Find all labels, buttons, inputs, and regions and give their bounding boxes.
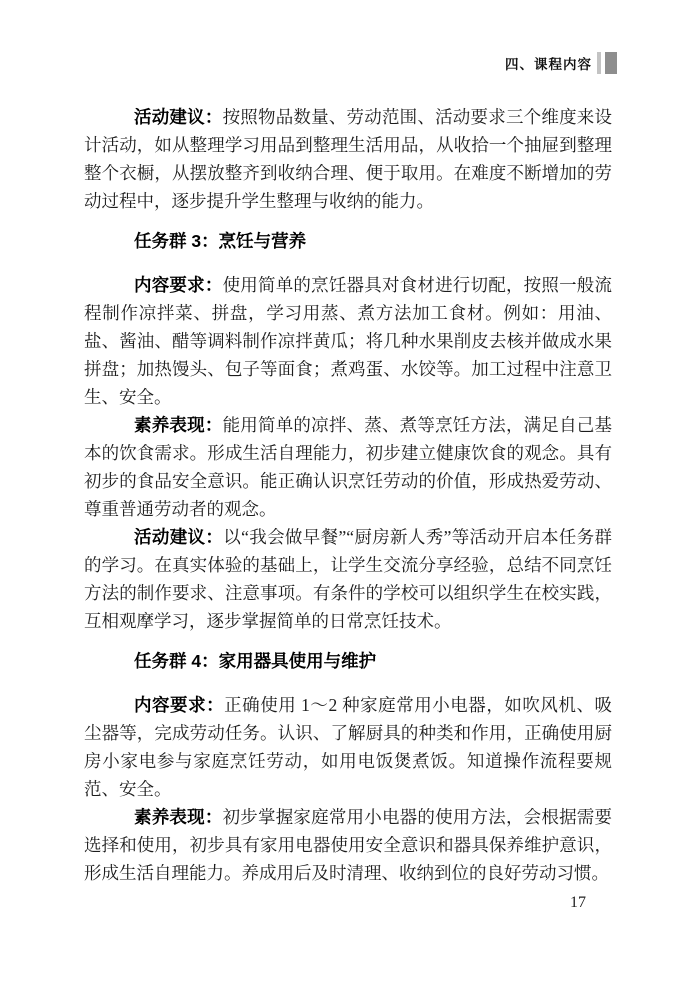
paragraph-label: 活动建议：	[134, 107, 223, 127]
page-body: 活动建议：按照物品数量、劳动范围、活动要求三个维度来设计活动，如从整理学习用品到…	[84, 103, 612, 887]
document-page: 四、课程内容 活动建议：按照物品数量、劳动范围、活动要求三个维度来设计活动，如从…	[0, 0, 695, 982]
heading-task-group-4: 任务群 4：家用器具使用与维护	[84, 647, 612, 675]
running-header-title: 四、课程内容	[505, 53, 592, 73]
paragraph-content-requirements-2: 内容要求：正确使用 1～2 种家庭常用小电器，如吹风机、吸尘器等，完成劳动任务。…	[84, 691, 612, 803]
thin-bar-icon	[597, 52, 601, 74]
paragraph-label: 素养表现：	[134, 807, 223, 827]
paragraph-competency-performance-1: 素养表现：能用简单的凉拌、蒸、煮等烹饪方法，满足自己基本的饮食需求。形成生活自理…	[84, 411, 612, 523]
page-number: 17	[570, 894, 586, 912]
running-header: 四、课程内容	[505, 52, 617, 74]
header-decoration-bars	[597, 52, 617, 74]
paragraph-activity-suggestion-1: 活动建议：按照物品数量、劳动范围、活动要求三个维度来设计活动，如从整理学习用品到…	[84, 103, 612, 215]
thick-bar-icon	[605, 52, 617, 74]
paragraph-competency-performance-2: 素养表现：初步掌握家庭常用小电器的使用方法，会根据需要选择和使用，初步具有家用电…	[84, 803, 612, 887]
paragraph-label: 素养表现：	[134, 415, 223, 435]
paragraph-activity-suggestion-2: 活动建议：以“我会做早餐”“厨房新人秀”等活动开启本任务群的学习。在真实体验的基…	[84, 523, 612, 635]
paragraph-label: 内容要求：	[134, 695, 224, 715]
heading-task-group-3: 任务群 3：烹饪与营养	[84, 227, 612, 255]
paragraph-label: 活动建议：	[134, 527, 223, 547]
paragraph-content-requirements-1: 内容要求：使用简单的烹饪器具对食材进行切配，按照一般流程制作凉拌菜、拼盘，学习用…	[84, 271, 612, 411]
paragraph-label: 内容要求：	[134, 275, 223, 295]
